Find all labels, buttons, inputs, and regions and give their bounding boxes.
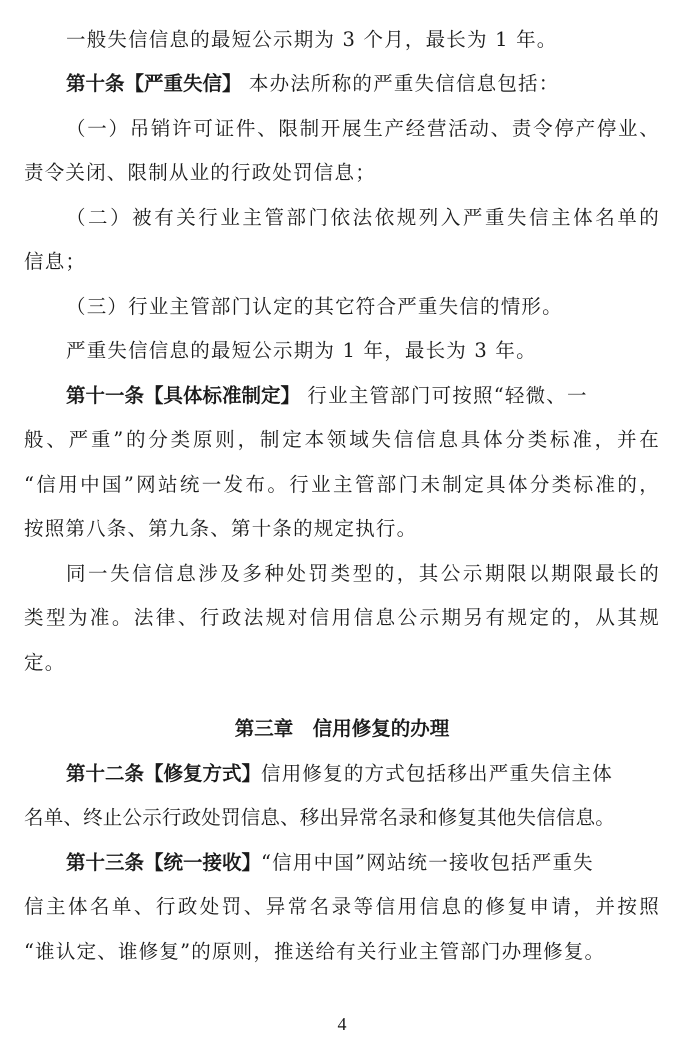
body-text: 定。: [24, 651, 65, 674]
body-text: “信用中国”网站统一接收包括严重失: [261, 851, 594, 874]
body-text: 一般失信信息的最短公示期为 3 个月，最长为 1 年。: [66, 28, 558, 51]
body-text: “谁认定、谁修复”的原则，推送给有关行业主管部门办理修复。: [24, 940, 605, 963]
article-13-heading-line: 第十三条【统一接收】“信用中国”网站统一接收包括严重失: [66, 848, 660, 878]
paragraph-line: 名单、终止公示行政处罚信息、移出异常名录和修复其他失信信息。: [24, 803, 660, 833]
paragraph-line: 定。: [24, 648, 660, 678]
page-number: 4: [0, 1012, 684, 1036]
article-10-heading-line: 第十条【严重失信】 本办法所称的严重失信信息包括：: [66, 69, 660, 99]
body-text: 信主体名单、行政处罚、异常名录等信用信息的修复申请，并按照: [24, 895, 660, 918]
body-text: 般、严重”的分类原则，制定本领域失信信息具体分类标准，并在: [24, 428, 660, 451]
body-text: 信用修复的方式包括移出严重失信主体: [261, 762, 613, 785]
body-text: 行业主管部门可按照“轻微、一: [300, 384, 588, 407]
body-text: 责令关闭、限制从业的行政处罚信息；: [24, 161, 376, 184]
paragraph-line: （三）行业主管部门认定的其它符合严重失信的情形。: [66, 292, 660, 322]
paragraph-line: “谁认定、谁修复”的原则，推送给有关行业主管部门办理修复。: [24, 937, 660, 967]
article-12-heading-line: 第十二条【修复方式】信用修复的方式包括移出严重失信主体: [66, 759, 660, 789]
body-text: （二）被有关行业主管部门依法依规列入严重失信主体名单的: [66, 206, 660, 229]
paragraph-line: 一般失信信息的最短公示期为 3 个月，最长为 1 年。: [66, 25, 660, 55]
body-text: （一）吊销许可证件、限制开展生产经营活动、责令停产停业、: [66, 117, 660, 140]
body-text: 名单、终止公示行政处罚信息、移出异常名录和修复其他失信信息。: [24, 806, 615, 829]
body-text: 信息；: [24, 250, 86, 273]
body-text: 严重失信信息的最短公示期为 1 年，最长为 3 年。: [66, 339, 537, 362]
paragraph-line: 责令关闭、限制从业的行政处罚信息；: [24, 158, 660, 188]
article-heading: 第十一条【具体标准制定】: [66, 384, 300, 407]
paragraph-line: 信主体名单、行政处罚、异常名录等信用信息的修复申请，并按照: [24, 892, 660, 922]
paragraph-line: 按照第八条、第九条、第十条的规定执行。: [24, 514, 660, 544]
paragraph-line: 严重失信信息的最短公示期为 1 年，最长为 3 年。: [66, 336, 660, 366]
article-11-heading-line: 第十一条【具体标准制定】 行业主管部门可按照“轻微、一: [66, 381, 660, 411]
paragraph-line: （二）被有关行业主管部门依法依规列入严重失信主体名单的: [66, 203, 660, 233]
body-text: 本办法所称的严重失信信息包括：: [242, 72, 560, 95]
article-heading: 第十二条【修复方式】: [66, 762, 261, 785]
paragraph-line: 类型为准。法律、行政法规对信用信息公示期另有规定的，从其规: [24, 603, 660, 633]
article-heading: 第十条【严重失信】: [66, 72, 242, 95]
paragraph-line: 信息；: [24, 247, 660, 277]
body-text: 按照第八条、第九条、第十条的规定执行。: [24, 517, 417, 540]
body-text: “信用中国”网站统一发布。行业主管部门未制定具体分类标准的，: [24, 473, 660, 496]
body-text: 同一失信信息涉及多种处罚类型的，其公示期限以期限最长的: [66, 562, 660, 585]
paragraph-line: （一）吊销许可证件、限制开展生产经营活动、责令停产停业、: [66, 114, 660, 144]
body-text: （三）行业主管部门认定的其它符合严重失信的情形。: [66, 295, 563, 318]
paragraph-line: 般、严重”的分类原则，制定本领域失信信息具体分类标准，并在: [24, 425, 660, 455]
chapter-title: 第三章 信用修复的办理: [0, 714, 684, 744]
body-text: 类型为准。法律、行政法规对信用信息公示期另有规定的，从其规: [24, 606, 660, 629]
paragraph-line: 同一失信信息涉及多种处罚类型的，其公示期限以期限最长的: [66, 559, 660, 589]
document-page: 一般失信信息的最短公示期为 3 个月，最长为 1 年。 第十条【严重失信】 本办…: [0, 0, 684, 1046]
paragraph-line: “信用中国”网站统一发布。行业主管部门未制定具体分类标准的，: [24, 470, 660, 500]
article-heading: 第十三条【统一接收】: [66, 851, 261, 874]
